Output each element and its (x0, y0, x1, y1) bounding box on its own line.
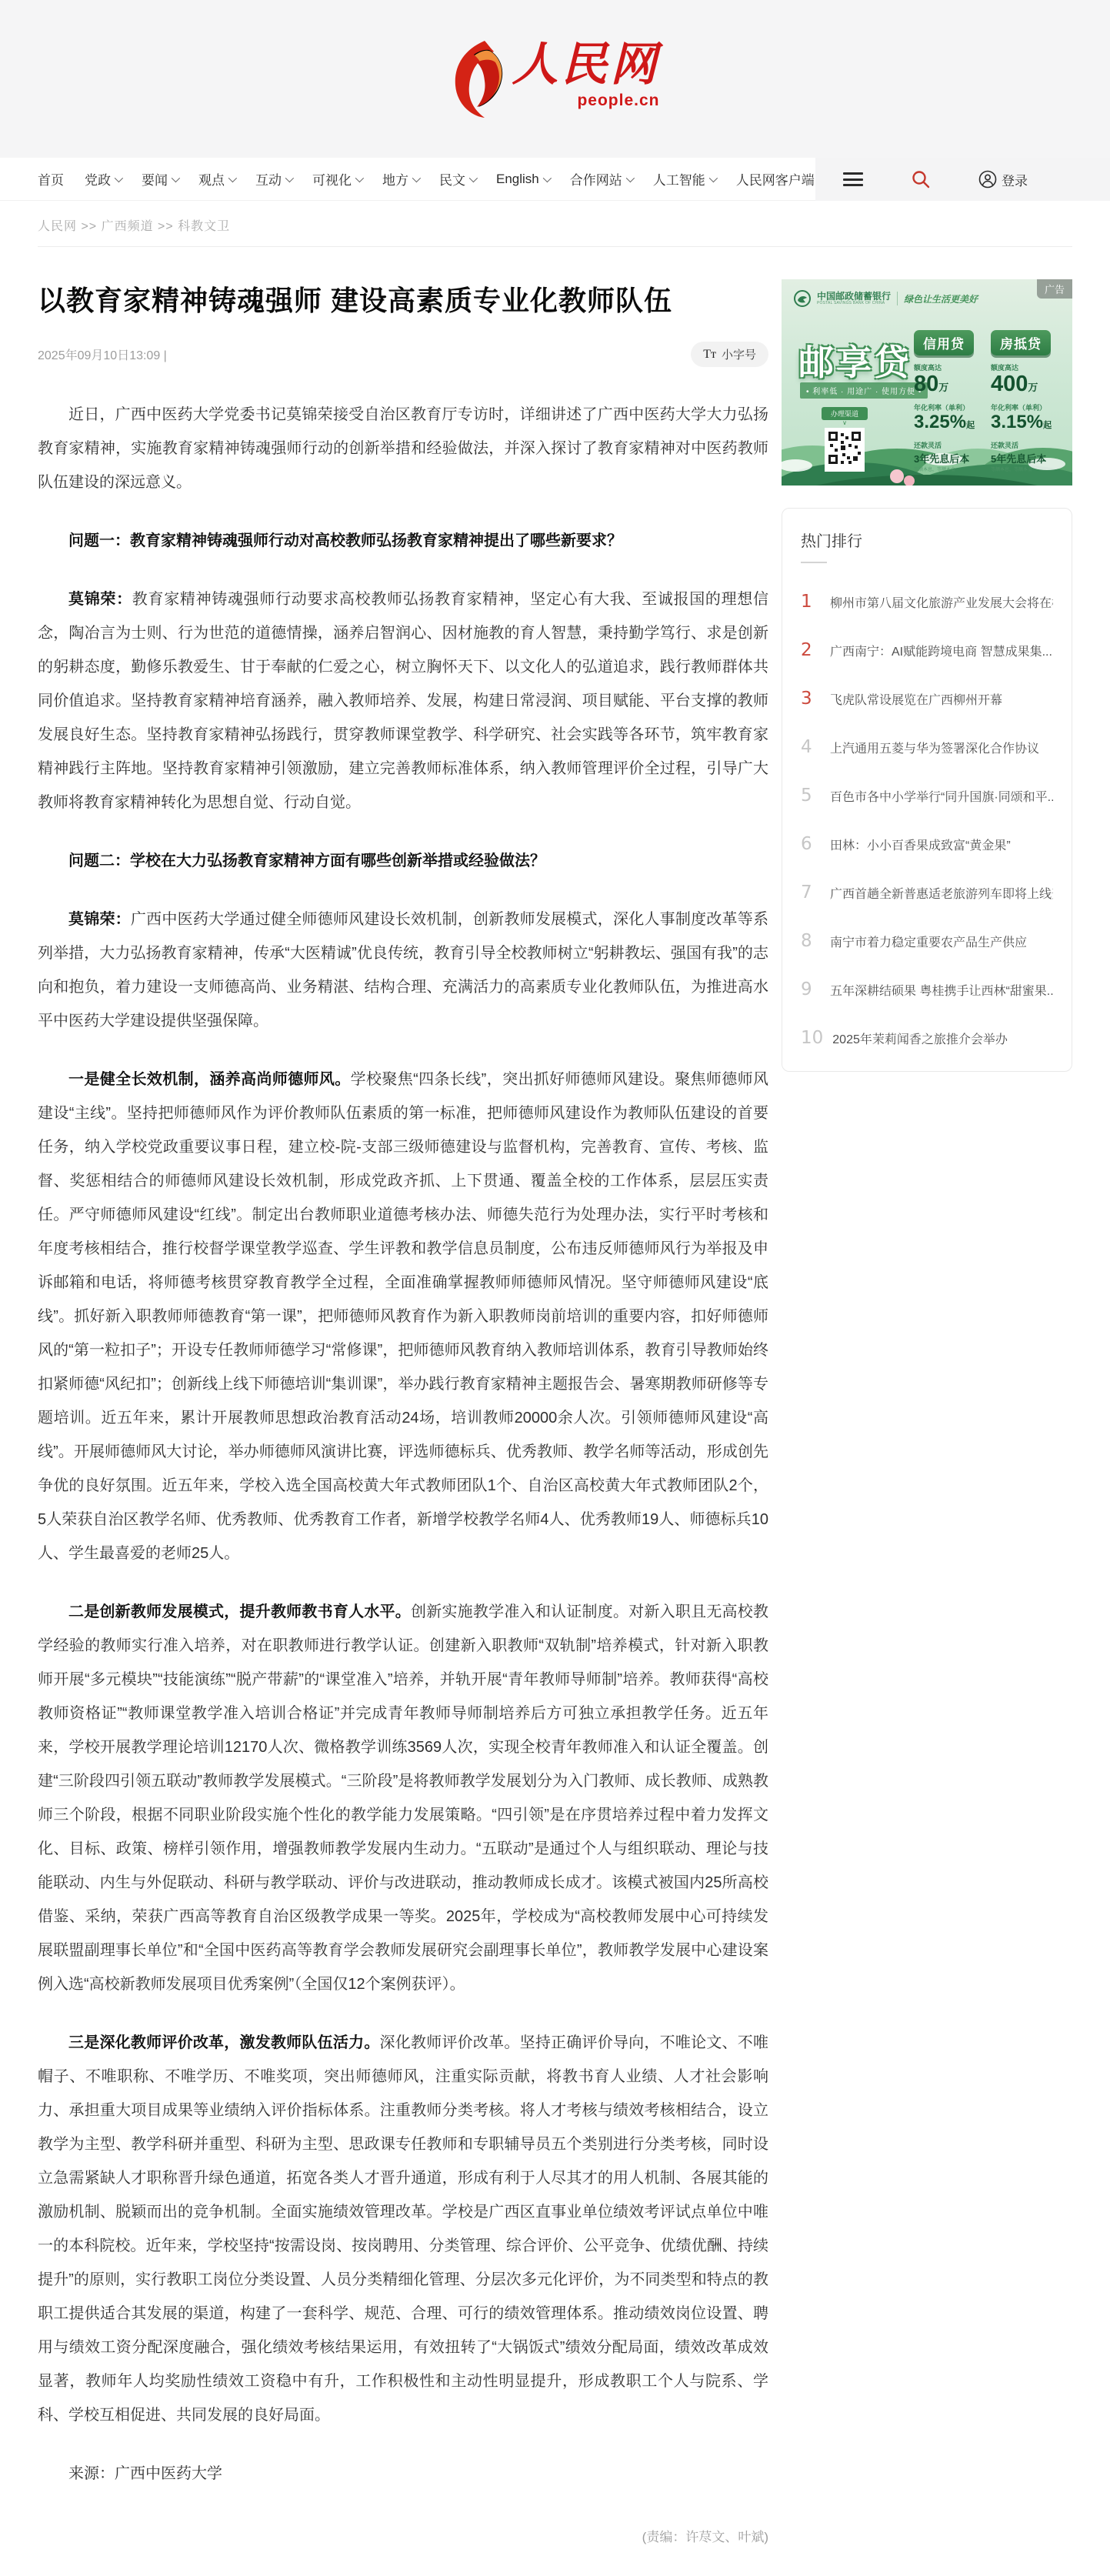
site-header: 人民网 people.cn (0, 0, 1110, 158)
chevron-down-icon (543, 173, 552, 182)
rank-number: 2 (801, 640, 821, 660)
ad-product-name: 邮享贷 (798, 335, 912, 385)
hot-item-text: 广西首趟全新普惠适老旅游列车即将上线开行 (830, 884, 1053, 902)
paragraph-text: 近日，广西中医药大学党委书记莫锦荣接受自治区教育厅专访时，详细讲述了广西中医药大… (38, 406, 768, 491)
mortgage-limit: 400万 (991, 372, 1065, 395)
mortgage-rate: 3.15%起 (991, 412, 1065, 432)
nav-label: 可视化 (312, 169, 352, 189)
hot-item-text: 上汽通用五菱与华为签署深化合作协议 (830, 739, 1039, 756)
chevron-down-icon (228, 173, 237, 182)
nav-label: English (496, 172, 539, 187)
credit-loan-pill: 信用贷 (914, 330, 974, 355)
font-size-button[interactable]: Tт 小字号 (691, 342, 768, 367)
qr-label: 办理渠道 (822, 407, 868, 420)
hot-item-text: 南宁市着力稳定重要农产品生产供应 (830, 933, 1027, 950)
ad-qr-area: 办理渠道 ∨ (822, 407, 868, 472)
paragraph-lead: 一是健全长效机制，涵养高尚师德师风。 (68, 1071, 351, 1088)
rank-number: 6 (801, 834, 821, 854)
hot-list-item[interactable]: 8南宁市着力稳定重要农产品生产供应 (801, 931, 1053, 951)
ad-tag: 广告 (1037, 279, 1072, 299)
nav-item-hudong[interactable]: 互动 (255, 169, 292, 189)
paragraph-lead: 莫锦荣： (68, 911, 131, 928)
nav-item-difang[interactable]: 地方 (382, 169, 418, 189)
hot-ranking-card: 热门排行 1柳州市第八届文化旅游产业发展大会将在柳... 2广西南宁：AI赋能跨… (782, 508, 1072, 1072)
divider (897, 292, 898, 305)
search-button[interactable] (911, 169, 931, 189)
paragraph-lead: 三是深化教师评价改革，激发教师队伍活力。 (68, 2034, 380, 2051)
hot-list-item[interactable]: 2广西南宁：AI赋能跨境电商 智慧成果集... (801, 640, 1053, 660)
hot-item-text: 百色市各中小学举行“同升国旗·同颂和平... (830, 787, 1053, 805)
search-icon (911, 169, 931, 189)
nav-label: 观点 (198, 169, 225, 189)
nav-item-minwen[interactable]: 民文 (439, 169, 475, 189)
logo-en-text: people.cn (577, 92, 659, 110)
bank-logo-icon (794, 290, 811, 307)
rank-number: 1 (801, 592, 821, 612)
rank-number: 7 (801, 883, 821, 903)
paragraph-question-2: 问题二：学校在大力弘扬教育家精神方面有哪些创新举措或经验做法？ (38, 844, 768, 878)
hot-list-item[interactable]: 1柳州市第八届文化旅游产业发展大会将在柳... (801, 592, 1053, 612)
qr-code (825, 428, 865, 472)
paragraph: 莫锦荣：教育家精神铸魂强师行动要求高校教师弘扬教育家精神，坚定心有大我、至诚报国… (38, 582, 768, 819)
chevron-down-icon (412, 173, 421, 182)
hot-list-item[interactable]: 4上汽通用五菱与华为签署深化合作协议 (801, 737, 1053, 757)
nav-label: 人工智能 (653, 169, 705, 189)
hot-list-item[interactable]: 9五年深耕结硕果 粤桂携手让西林“甜蜜果... (801, 979, 1053, 999)
article-source: 来源：广西中医药大学 (38, 2457, 768, 2491)
repay-value: 3年先息后本 (914, 451, 988, 465)
article-main: 以教育家精神铸魂强师 建设高素质专业化教师队伍 2025年09月10日13:09… (38, 247, 768, 2576)
paragraph: 莫锦荣：广西中医药大学通过健全师德师风建设长效机制，创新教师发展模式，深化人事制… (38, 903, 768, 1038)
hot-list-item[interactable]: 5百色市各中小学举行“同升国旗·同颂和平... (801, 786, 1053, 806)
people-cn-logo[interactable]: 人民网 people.cn (451, 39, 660, 119)
credit-rate: 3.25%起 (914, 412, 988, 432)
paragraph: 三是深化教师评价改革，激发教师队伍活力。深化教师评价改革。坚持正确评价导向，不唯… (38, 2026, 768, 2432)
nav-item-dangzheng[interactable]: 党政 (85, 169, 121, 189)
paragraph-lead: 莫锦荣： (68, 591, 132, 608)
nav-label: 地方 (382, 169, 408, 189)
hot-item-text: 2025年茉莉闻香之旅推介会举办 (832, 1029, 1008, 1047)
divider (801, 562, 827, 563)
nav-item-english[interactable]: English (496, 172, 549, 187)
nav-label: 互动 (255, 169, 282, 189)
nav-item-keshihua[interactable]: 可视化 (312, 169, 362, 189)
paragraph-question-1: 问题一：教育家精神铸魂强师行动对高校教师弘扬教育家精神提出了哪些新要求？ (38, 524, 768, 558)
nav-label: 人民网客户端 (736, 169, 815, 189)
paragraph-text: 教育家精神铸魂强师行动要求高校教师弘扬教育家精神，坚定心有大我、至诚报国的理想信… (38, 591, 768, 811)
menu-hamburger-icon[interactable] (843, 172, 863, 186)
paragraph-lead: 问题二：学校在大力弘扬教育家精神方面有哪些创新举措或经验做法？ (68, 853, 545, 869)
nav-menu: 首页 党政 要闻 观点 互动 可视化 地方 民文 English 合作网站 人工… (38, 169, 948, 189)
article-date: 2025年09月10日13:09 | (38, 345, 167, 363)
nav-label: 党政 (85, 169, 111, 189)
mortgage-loan-pill: 房抵贷 (991, 330, 1051, 355)
flame-icon (451, 39, 508, 119)
breadcrumb[interactable]: 人民网 >> 广西频道 >> 科教文卫 (38, 220, 230, 233)
rank-number: 4 (801, 737, 821, 757)
chevron-down-icon (709, 173, 718, 182)
bank-name-cn: 中国邮政储蓄银行 (817, 292, 891, 302)
chevron-down-icon (469, 173, 478, 182)
rank-number: 5 (801, 786, 821, 806)
hot-item-text: 广西南宁：AI赋能跨境电商 智慧成果集... (830, 642, 1052, 659)
paragraph: 一是健全长效机制，涵养高尚师德师风。学校聚焦“四条长线”，突出抓好师德师风建设。… (38, 1063, 768, 1570)
repay-label: 还款灵活 (991, 440, 1065, 450)
hot-list-item[interactable]: 3飞虎队常设展览在广西柳州开幕 (801, 689, 1053, 709)
chevron-down-icon (172, 173, 180, 182)
paragraph-text: 广西中医药大学通过健全师德师风建设长效机制，创新教师发展模式，深化人事制度改革等… (38, 911, 768, 1029)
nav-item-yaowen[interactable]: 要闻 (142, 169, 178, 189)
chevron-down-icon (626, 173, 635, 182)
paragraph-text: 深化教师评价改革。坚持正确评价导向，不唯论文、不唯帽子、不唯职称、不唯学历、不唯… (38, 2034, 768, 2424)
user-icon (978, 170, 997, 189)
paragraph: 二是创新教师发展模式，提升教师教书育人水平。创新实施教学准入和认证制度。对新入职… (38, 1595, 768, 2001)
paragraph-text: 学校聚焦“四条长线”，突出抓好师德师风建设。聚焦师德师风建设“主线”。坚持把师德… (38, 1071, 768, 1562)
hot-list-item[interactable]: 102025年茉莉闻香之旅推介会举办 (801, 1028, 1053, 1048)
paragraph-lead: 问题一：教育家精神铸魂强师行动对高校教师弘扬教育家精神提出了哪些新要求？ (68, 532, 622, 549)
font-size-label: 小字号 (722, 346, 756, 362)
bank-name-block: 中国邮政储蓄银行 POSTAL SAVINGS BANK OF CHINA (817, 292, 891, 306)
breadcrumb-row: 人民网 >> 广西频道 >> 科教文卫 (38, 201, 1072, 247)
nav-label: 合作网站 (570, 169, 622, 189)
sidebar: 广告 中国邮政储蓄银行 POSTAL SAVINGS BANK OF CHINA… (782, 279, 1072, 1072)
logo-text: 人民网 people.cn (512, 39, 660, 110)
page-title: 以教育家精神铸魂强师 建设高素质专业化教师队伍 (38, 279, 768, 319)
nav-label: 首页 (38, 169, 64, 189)
bank-name-en: POSTAL SAVINGS BANK OF CHINA (817, 302, 891, 306)
ad-slogan: 绿色让生活更美好 (904, 292, 978, 305)
repay-label: 还款灵活 (914, 440, 988, 450)
chevron-down-icon (285, 173, 294, 182)
nav-label: 要闻 (142, 169, 168, 189)
nav-item-guandian[interactable]: 观点 (198, 169, 235, 189)
repay-value: 5年先息后本 (991, 451, 1065, 465)
hot-item-text: 田林：小小百香果成致富“黄金果” (830, 836, 1011, 853)
chevron-down-icon: ∨ (842, 420, 847, 426)
rank-number: 3 (801, 689, 821, 709)
nav-item-hezuo[interactable]: 合作网站 (570, 169, 632, 189)
nav-item-ai[interactable]: 人工智能 (653, 169, 715, 189)
article-meta-row: 2025年09月10日13:09 | Tт 小字号 (38, 342, 768, 367)
ad-mortgage-loan-column: 房抵贷 额度高达 400万 年化利率（单利） 3.15%起 还款灵活 5年先息后… (991, 330, 1065, 472)
nav-label: 民文 (439, 169, 465, 189)
repay-sub: 等额本息，等额本金 (991, 465, 1065, 472)
paragraph: 近日，广西中医药大学党委书记莫锦荣接受自治区教育厅专访时，详细讲述了广西中医药大… (38, 398, 768, 499)
ad-credit-loan-column: 信用贷 额度高达 80万 年化利率（单利） 3.25%起 还款灵活 3年先息后本… (914, 330, 988, 472)
article-editor: (责编：许荩文、叶斌) (38, 2526, 768, 2545)
hot-item-text: 柳州市第八届文化旅游产业发展大会将在柳... (830, 593, 1053, 611)
font-size-icon: Tт (703, 348, 716, 362)
credit-limit: 80万 (914, 372, 988, 395)
psbc-ad-banner[interactable]: 广告 中国邮政储蓄银行 POSTAL SAVINGS BANK OF CHINA… (782, 279, 1072, 486)
hot-ranking-title: 热门排行 (801, 529, 1053, 551)
chevron-down-icon (115, 173, 123, 182)
paragraph-lead: 二是创新教师发展模式，提升教师教书育人水平。 (68, 1603, 411, 1620)
hot-item-text: 飞虎队常设展览在广西柳州开幕 (830, 690, 1002, 708)
hot-list-item[interactable]: 6田林：小小百香果成致富“黄金果” (801, 834, 1053, 854)
hot-item-text: 五年深耕结硕果 粤桂携手让西林“甜蜜果... (830, 981, 1053, 999)
repay-sub: 等额本息，等额本金 (914, 465, 988, 472)
article-body: 近日，广西中医药大学党委书记莫锦荣接受自治区教育厅专访时，详细讲述了广西中医药大… (38, 398, 768, 2545)
rank-number: 8 (801, 931, 821, 951)
paragraph-text: 创新实施教学准入和认证制度。对新入职且无高校教学经验的教师实行准入培养，对在职教… (38, 1603, 768, 1993)
login-button[interactable]: 登录 (978, 170, 1028, 189)
hot-ranking-list: 1柳州市第八届文化旅游产业发展大会将在柳... 2广西南宁：AI赋能跨境电商 智… (801, 592, 1053, 1048)
hot-list-item[interactable]: 7广西首趟全新普惠适老旅游列车即将上线开行 (801, 883, 1053, 903)
ad-bank-header: 中国邮政储蓄银行 POSTAL SAVINGS BANK OF CHINA 绿色… (794, 290, 978, 307)
nav-item-home[interactable]: 首页 (38, 169, 64, 189)
rank-number: 10 (801, 1028, 823, 1048)
nav-item-client[interactable]: 人民网客户端 (736, 169, 815, 189)
nav-right-controls: 登录 (815, 158, 1110, 201)
ad-tagline: • 利率低 · 用途广 · 使用方便 • (800, 382, 928, 399)
chevron-down-icon (355, 173, 364, 182)
main-navbar: 首页 党政 要闻 观点 互动 可视化 地方 民文 English 合作网站 人工… (0, 158, 1110, 201)
logo-cn-text: 人民网 (512, 39, 660, 90)
login-label: 登录 (1002, 170, 1028, 189)
rank-number: 9 (801, 979, 821, 999)
